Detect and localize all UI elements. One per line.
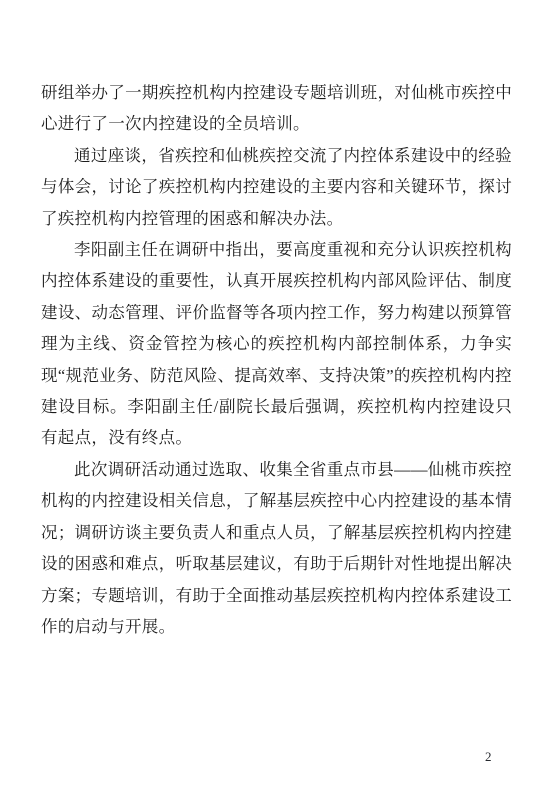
document-body: 研组举办了一期疾控机构内控建设专题培训班，对仙桃市疾控中心进行了一次内控建设的全… [41, 77, 512, 642]
paragraph-discussion: 通过座谈，省疾控和仙桃疾控交流了内控体系建设中的经验与体会，讨论了疾控机构内控建… [41, 140, 512, 234]
page-number: 2 [485, 749, 492, 765]
document-page: 研组举办了一期疾控机构内控建设专题培训班，对仙桃市疾控中心进行了一次内控建设的全… [0, 0, 553, 792]
paragraph-survey-summary: 此次调研活动通过选取、收集全省重点市县——仙桃市疾控机构的内控建设相关信息，了解… [41, 454, 512, 642]
paragraph-director-remarks: 李阳副主任在调研中指出，要高度重视和充分认识疾控机构内控体系建设的重要性，认真开… [41, 234, 512, 454]
paragraph-continuation: 研组举办了一期疾控机构内控建设专题培训班，对仙桃市疾控中心进行了一次内控建设的全… [41, 77, 512, 140]
